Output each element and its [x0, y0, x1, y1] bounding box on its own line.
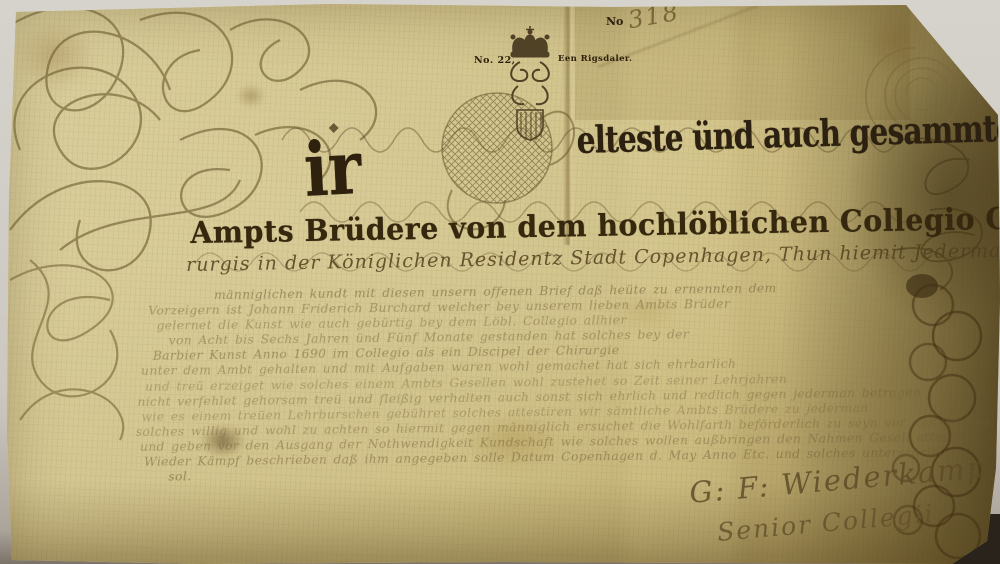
handwritten-body-text: männiglichen kundt mit diesen unsern off…: [134, 279, 992, 486]
stamp-number-label: No. 22,: [474, 55, 516, 66]
serial-handwritten-number: 318: [626, 0, 682, 34]
parchment-sheet: No. 22, Een Rigsdaler. No 318 ir elteste…: [0, 0, 1000, 564]
corner-stain: [862, 6, 932, 76]
foxing-patch: [14, 20, 94, 90]
photograph-of-historic-certificate: No. 22, Een Rigsdaler. No 318 ir elteste…: [0, 0, 1000, 564]
left-margin-flourish: [10, 260, 123, 440]
heading-line-1: elteste ünd auch gesammte: [576, 106, 1000, 162]
vertical-fold-crease: [563, 0, 575, 245]
heading-initial-word: ir: [302, 125, 363, 214]
stamp-value-label: Een Rigsdaler.: [558, 54, 632, 64]
initial-medallion-ornament: [329, 93, 574, 229]
crown-shield-stamp-icon: [511, 26, 549, 141]
serial-printed-prefix: No: [606, 15, 623, 28]
signature-title: Senior Collegii: [716, 499, 936, 547]
foxing-spot: [236, 84, 266, 108]
